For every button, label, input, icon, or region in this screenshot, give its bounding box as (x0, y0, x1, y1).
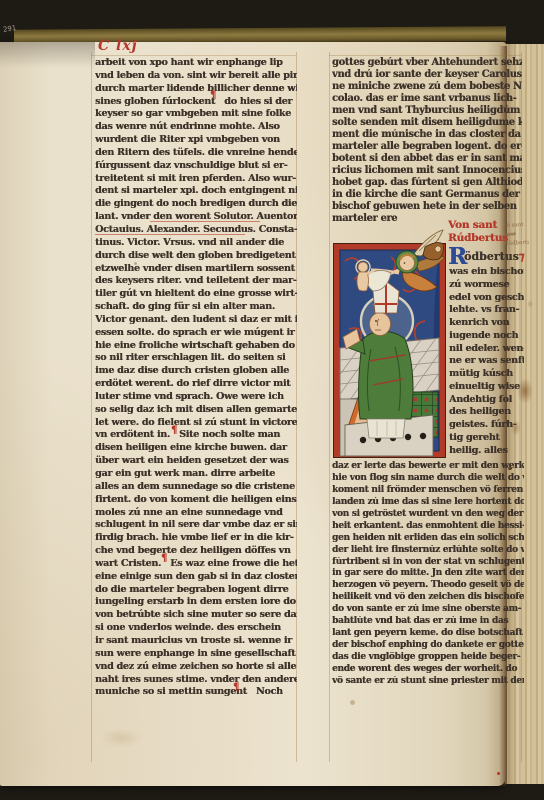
manuscript-text-line: ricius lichomen mit sant Innocencius (332, 165, 522, 177)
manuscript-text-line: vn erdötent in. Site noch solte man (95, 429, 297, 442)
manuscript-text-line: landen zú ime das si sine lere hortent d… (332, 497, 524, 509)
manuscript-text-line: naht ires sunes stime. vnder den andere (95, 674, 297, 687)
manuscript-text-line: mütig kúsch (449, 368, 524, 381)
manuscript-text-line: essen solte. do sprach er wie múgent ir (95, 327, 297, 340)
manuscript-text-line: moles zú nne an eine sunnedage vnd (95, 507, 297, 520)
manuscript-text-line: hobet gap. das fúrtent si gen Althiode (332, 177, 522, 189)
manuscript-text-line: firdig brach. hie vmbe lief er in die ki… (95, 532, 297, 545)
manuscript-text-line: si one vnderlos weinde. des erschein (95, 622, 297, 635)
manuscript-text-line: die gingent do noch bredigen durch die (95, 198, 297, 211)
manuscript-text-line: iugende noch (449, 330, 524, 343)
manuscript-text-line: einueltig wise (449, 381, 524, 394)
manuscript-text-line: ir sant mauricius vn troste si. wenne ir (95, 635, 297, 648)
manuscript-text-line: alles an dem sunnedage so die cristene (95, 481, 297, 494)
parchment-stain (511, 420, 521, 436)
manuscript-text-line: in gar sere do mitte. Jn den zite wart d… (332, 568, 524, 580)
manuscript-text-line: vnd dez zú eime zeichen so horte si alle (95, 661, 297, 674)
manuscript-text-line: ime daz dise durch cristen globen alle (95, 365, 297, 378)
manuscript-text-line: gen heiden nit erliden das ein solich sc… (332, 533, 524, 545)
manuscript-text-line: ne er was senft- (449, 355, 524, 368)
manuscript-text-line: erdötet werent. do rief dirre victor mit (95, 378, 297, 391)
manuscript-text-line: iungeling erstarb in dem ersten iore do (95, 596, 297, 609)
manuscript-text-line: zú wormese (449, 279, 524, 292)
pilcrow-mark: ¶ (171, 425, 177, 436)
manuscript-text-line: ne miniche zwene zú dem bobeste Ni- (332, 81, 522, 93)
manuscript-text-line: nil edeler. wen- (449, 343, 524, 356)
manuscript-text-line: schlugent in nil sere dar vmbe daz er si… (95, 519, 297, 532)
right-text-column-top: gottes gebúrt vber Ahtehundert sehzigvnd… (332, 57, 522, 225)
pilcrow-mark: ¶ (210, 90, 216, 101)
manuscript-text-line: firtent. do von koment die heiligen eins (95, 494, 297, 507)
manuscript-text-line: etzwelhe vnder disen martilern sossent (95, 263, 297, 276)
manuscript-text-line: des heiligen (449, 406, 524, 419)
manuscript-text-line: lant gen peyern keme. do dise botschaft (332, 628, 524, 640)
manuscript-text-line: che vnd begerte dez heiligen döffes vn (95, 545, 297, 558)
manuscript-text-line: bahtlúte vnd bat das er zú ime in das (332, 616, 524, 628)
ruling-line (91, 52, 92, 762)
page-corner-shadow (0, 42, 95, 68)
ruling-line (329, 52, 330, 762)
manuscript-text-line: fúrtribent si in von der stat vn schluge… (332, 557, 524, 569)
manuscript-text-line: gottes gebúrt vber Ahtehundert sehzig (332, 57, 522, 69)
manuscript-text-line: hie eine froliche wirtschaft gehaben do (95, 340, 297, 353)
manuscript-text-line: muniche so si mettin sungent Noch (95, 686, 297, 699)
manuscript-text-line: gar ein gut werk man. dirre arbeite (95, 468, 297, 481)
red-underline (95, 234, 245, 235)
initial-word-rest: ödbertus⁊ (464, 250, 524, 263)
parchment-stain (100, 728, 142, 748)
manuscript-text-line: do die marteler begraben logent dirre (95, 584, 297, 597)
manuscript-text-line: colao. das er ime sant vrbanus lich- (332, 93, 522, 105)
manuscript-text-line: solte senden mit disem heiligdume ko- (332, 117, 522, 129)
ruling-line (91, 55, 296, 56)
manuscript-text-line: lehte. vs fran- (449, 304, 524, 317)
manuscript-text-line: arbeit von xpo hant wir enphange lip (95, 57, 297, 70)
manuscript-text-line: ment die múnische in das closter da die (332, 129, 522, 141)
manuscript-text-line: do von sante er zú ime sine oberste am- (332, 604, 524, 616)
right-text-column-bottom: daz er lerte das bewerte er mit den werk… (332, 461, 524, 688)
manuscript-text-line: edel von gesch- (449, 292, 524, 305)
manuscript-text-line: marteler alle begraben logent. do er- (332, 141, 522, 153)
manuscript-text-line: eine einige sun den gab si in daz closte… (95, 571, 297, 584)
manuscript-text-line: ende worent des weges der worheit. do (332, 664, 524, 676)
manuscript-text-line: der lieht ire finsternúz erlúhte solte d… (332, 545, 524, 557)
red-speck (497, 772, 500, 775)
manuscript-text-line: in die kirche die sant Germanus der (332, 189, 522, 201)
ruling-line (329, 55, 521, 56)
manuscript-text-line: kenrich von (449, 317, 524, 330)
manuscript-text-line: herzogen vö peyern. Theodo geseit vö der (332, 580, 524, 592)
manuscript-text-line: koment nil frömder menschen vö ferren (332, 485, 524, 497)
manuscript-text-line: treitetent si mit iren pferden. Also wur… (95, 173, 297, 186)
pilcrow-mark: ¶ (161, 553, 167, 564)
miniature-illustration (333, 229, 446, 458)
pilcrow-mark: ¶ (233, 682, 239, 693)
manuscript-text-line: botent si den abbet das er in sant mau- (332, 153, 522, 165)
parchment-stain (134, 262, 137, 265)
manuscript-text-line: sines globen fúrlockent do hies si der (95, 96, 297, 109)
manuscript-text-line: keyser so gar vmbgeben mit sine folke (95, 108, 297, 121)
manuscript-text-line: fúrgussent daz vnschuldige blut si er- (95, 160, 297, 173)
manuscript-text-line: heilig. alles (449, 445, 524, 458)
manuscript-text-line: bischof gebuwen hete in der selben (332, 201, 522, 213)
manuscript-text-line: das die vnglöbige groppen heide beger- (332, 652, 524, 664)
manuscript-text-line: des keysers riter. vnd teiletent der mar… (95, 275, 297, 288)
manuscript-text-line: über wart ein heiden gesetzet der was (95, 455, 297, 468)
manuscript-text-line: let were. do fielent si zú stunt in vict… (95, 417, 297, 430)
manuscript-text-line: so selig daz ich mit disen allen gemarte… (95, 404, 297, 417)
initial-word-text: ödbertus (464, 250, 519, 263)
manuscript-text-line: heilikeit vnd vö den zeichen dis bischof… (332, 592, 524, 604)
marginal-note: vö sant sant Rüdberti (503, 220, 542, 249)
red-flourish: ⁊ (519, 250, 524, 263)
chapter-number-rubric: C lxj (98, 38, 138, 54)
manuscript-text-line: heit erkantent. das enmohtent die hessi- (332, 521, 524, 533)
parchment-stain (527, 300, 533, 308)
manuscript-text-line: daz er lerte das bewerte er mit den werk… (332, 461, 524, 473)
manuscript-text-line: durch dise welt den globen bredigetent (95, 250, 297, 263)
left-text-column: arbeit von xpo hant wir enphange lipvnd … (95, 57, 297, 699)
parchment-stain (517, 378, 533, 404)
manuscript-text-line: der bischof enphing do dankete er gotte (332, 640, 524, 652)
manuscript-text-line: Andehtig fol (449, 394, 524, 407)
manuscript-photo: 291 C lxj arbeit von xpo hant wir enphan… (0, 0, 544, 800)
manuscript-text-line: vnd drú ior sante der keyser Carolus si- (332, 69, 522, 81)
manuscript-text-line: den Ritern des tüfels. die vnreine hende (95, 147, 297, 160)
manuscript-text-line: das wenre nút endrinne mohte. Also (95, 121, 297, 134)
manuscript-text-line: so nil riter erschlagen lit. do seiten s… (95, 352, 297, 365)
manuscript-text-line: schaft. do ging für si ein alter man. (95, 301, 297, 314)
manuscript-text-line: von si getröstet wurdent vn den weg der … (332, 509, 524, 521)
manuscript-text-line: vö sante er zú stunt sine priester mit d… (332, 676, 524, 688)
manuscript-text-line: men vnd sant Thyburcius heiligdúm (332, 105, 522, 117)
manuscript-text-line: durch marter lidende billicher denne wir (95, 83, 297, 96)
parchment-stain (350, 700, 355, 705)
manuscript-text-line: luter stime vnd sprach. Owe were ich (95, 391, 297, 404)
manuscript-text-line: wurdent die Riter xpi vmbgeben von (95, 134, 297, 147)
manuscript-text-line: was ein bischof (449, 266, 524, 279)
manuscript-text-line: sun were enphange in sine gesellschaft (95, 648, 297, 661)
manuscript-text-line: von betrúbte sich sine muter so sere daz (95, 609, 297, 622)
manuscript-text-line: Victor genant. den ludent si daz er mit … (95, 314, 297, 327)
manuscript-text-line: tiler gút vn hieltent do eine grosse wir… (95, 288, 297, 301)
ink-speck (508, 467, 512, 470)
manuscript-text-line: dent si marteler xpi. doch entgingent ni… (95, 185, 297, 198)
manuscript-text-line: hie von flog sin name durch die welt do … (332, 473, 524, 485)
red-underline (150, 221, 260, 222)
manuscript-text-line: tinus. Victor. Vrsus. vnd nil ander die (95, 237, 297, 250)
manuscript-text-line: vnd leben da von. sint wir bereit alle p… (95, 70, 297, 83)
manuscript-text-line: disen heiligen eine kirche buwen. dar (95, 442, 297, 455)
manuscript-text-line: wart Cristen. Es waz eine frowe die hete (95, 558, 297, 571)
